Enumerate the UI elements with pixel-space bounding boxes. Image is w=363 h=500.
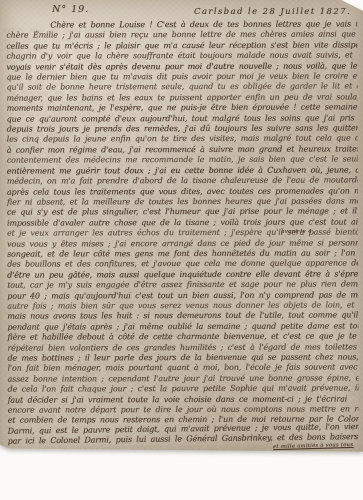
handwritten-line: répéterai bien volontiers de ces grandes… bbox=[7, 342, 358, 354]
handwritten-line: que ce qu'auront compté d'eux aujourd'hu… bbox=[7, 113, 358, 125]
letter-dateline: Carlsbad le 28 Juillet 1827. bbox=[194, 7, 351, 18]
handwritten-line: médecin, on m'a fait prendre d'abord de … bbox=[7, 175, 358, 187]
letter-paper: Chère et bonne Louise ! C'est à deux de … bbox=[0, 0, 363, 459]
handwritten-line: pendant que j'étais après ; j'ai même ou… bbox=[7, 321, 358, 333]
handwritten-line: des bouillons et des confitures, et j'av… bbox=[7, 259, 358, 271]
letter-number: N° 19. bbox=[52, 4, 89, 16]
handwritten-line: chère Émilie ; j'ai aussi bien reçu une … bbox=[6, 30, 357, 42]
handwritten-line: autre fois ; mais bien sûr que vous sere… bbox=[7, 300, 358, 312]
handwritten-line: fier ni absent, et la meilleure de toute… bbox=[7, 196, 358, 208]
handwritten-line: ménager, que les bains et les eaux te pu… bbox=[7, 92, 358, 104]
handwritten-line: encore avant notre départ pour te dire l… bbox=[8, 404, 359, 416]
handwritten-line: tout, car je m'y suis engagée d'être ass… bbox=[7, 280, 358, 292]
interlinear-note: avant le 4 bbox=[281, 229, 312, 235]
scanned-letter-page: Chère et bonne Louise ! C'est à deux de … bbox=[0, 0, 363, 500]
handwritten-line: les cinq depuis la jeune enfin qu'on te … bbox=[7, 134, 358, 146]
handwritten-line: de cela l'on fait chaque jour ; c'est la… bbox=[8, 384, 359, 396]
handwritten-line: vous vous y êtes mises ; j'ai encore arr… bbox=[7, 238, 358, 250]
paper-shadow-wrap: Chère et bonne Louise ! C'est à deux de … bbox=[0, 0, 363, 500]
handwritten-line: chagrin d'y voir que la chère souffrante… bbox=[6, 51, 357, 63]
handwritten-line: contentement des médecins me recommande … bbox=[7, 155, 358, 167]
